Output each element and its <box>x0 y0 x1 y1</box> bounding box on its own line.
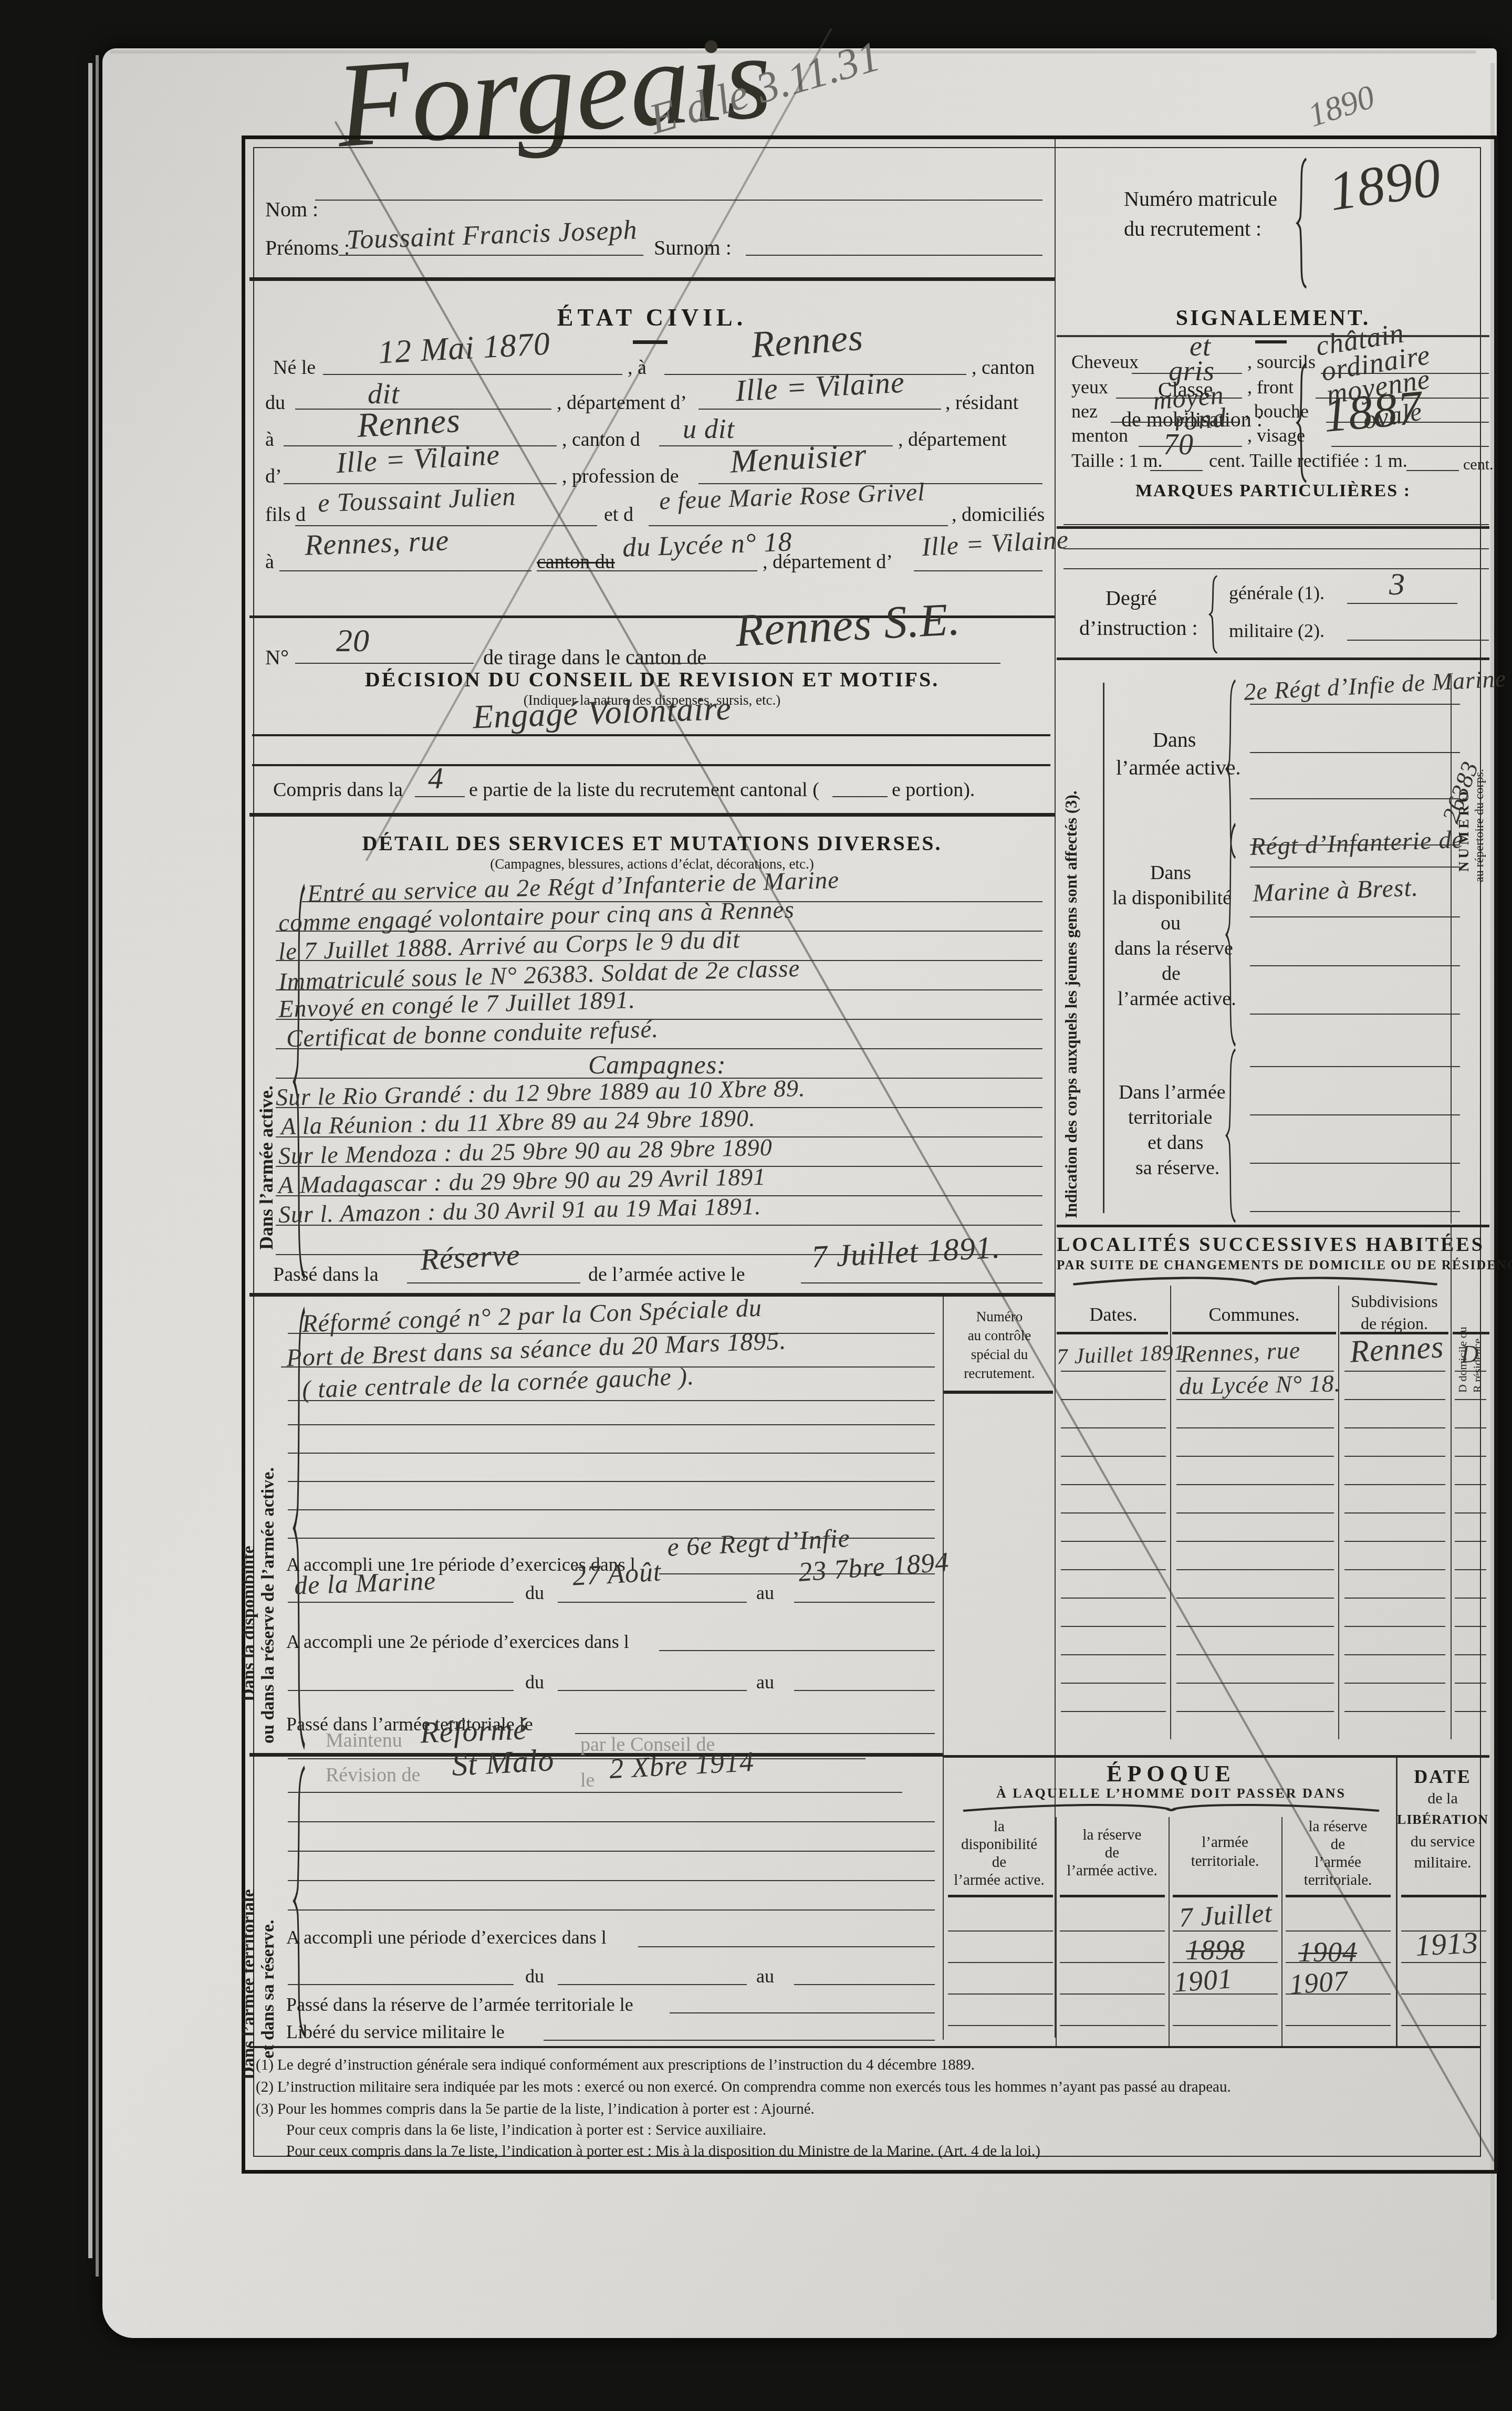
section-rule <box>1057 526 1489 529</box>
visage-label: , visage <box>1247 424 1305 446</box>
epoque-col1-header: disponibilité <box>945 1836 1053 1853</box>
corps-terr-label: Dans l’armée <box>1119 1081 1226 1104</box>
ruled-line <box>288 1690 514 1691</box>
sourcils-label: , sourcils <box>1247 351 1316 373</box>
localite-commune-value: Rennes, rue <box>1180 1336 1301 1368</box>
ruled-line <box>288 1400 935 1401</box>
au-label: au <box>756 1671 774 1693</box>
cent-label: cent. <box>1463 456 1493 474</box>
ruled-line <box>628 663 1000 664</box>
ruled-line <box>558 1984 747 1985</box>
tirage-label: de tirage dans le canton de <box>483 645 706 670</box>
numero-controle-label: au contrôle <box>948 1328 1051 1344</box>
ruled-line <box>659 1650 935 1651</box>
ruled-line <box>1063 548 1489 549</box>
epoque-col1-header: de <box>945 1854 1053 1871</box>
passe-reserve-terr-label: Passé dans la réserve de l’armée territo… <box>286 1993 633 2016</box>
generale-label: générale (1). <box>1229 582 1325 604</box>
table-divider <box>1338 1286 1339 1739</box>
passe-reserve-label-2: de l’armée active le <box>588 1263 745 1286</box>
menton-label: menton <box>1071 424 1128 446</box>
epoque-col-divider <box>1281 1817 1282 2046</box>
ruled-line <box>638 1946 935 1947</box>
ruled-line <box>1347 640 1489 641</box>
ruled-line <box>276 1019 1042 1020</box>
date-header: DATE <box>1396 1766 1489 1788</box>
departement3-label: , département d’ <box>763 550 893 573</box>
epoque-reserve-terr-value-2: 1907 <box>1288 1964 1349 2001</box>
ruled-line <box>698 409 941 410</box>
numero-column-divider <box>1451 675 1452 1224</box>
du-label: du <box>525 1671 544 1693</box>
ruled-line <box>276 1225 1042 1226</box>
ruled-line <box>1063 524 1489 525</box>
col-communes-header: Communes. <box>1170 1303 1338 1325</box>
degre-label-1: Degré <box>1106 586 1157 610</box>
bouche-label: , bouche <box>1245 400 1309 422</box>
label-divider <box>1103 683 1104 1213</box>
ruled-line <box>288 1821 935 1822</box>
compris-value: 4 <box>428 760 444 796</box>
section-rule <box>249 1293 1055 1297</box>
et-de-label: et d <box>604 503 633 526</box>
du-label: du <box>525 1965 544 1987</box>
page-stack-edge <box>88 63 92 2258</box>
header-rule <box>1172 1332 1336 1334</box>
canton2-value: u dit <box>683 414 735 445</box>
corps-dispo-label: la disponibilité <box>1112 886 1232 910</box>
col-dates-header: Dates. <box>1057 1303 1170 1325</box>
ruled-line <box>407 1282 580 1283</box>
ruled-line <box>1250 1114 1460 1115</box>
date-header-4: du service <box>1396 1833 1489 1851</box>
fils-label: fils d <box>265 503 306 526</box>
ruled-line <box>315 200 1042 201</box>
ruled-line <box>276 989 1042 990</box>
epoque-col1-header: l’armée active. <box>945 1872 1053 1889</box>
date-header-5: militaire. <box>1396 1854 1489 1872</box>
du-label: du <box>265 391 285 414</box>
ruled-line <box>1250 1163 1460 1164</box>
ruled-line <box>801 1282 1042 1283</box>
corps-dispo-label: Dans <box>1150 861 1191 884</box>
disponibilite-vertical-label-2: ou dans la réserve de l’armée active. <box>258 1334 278 1744</box>
tirage-no-value: 20 <box>336 622 370 660</box>
localite-commune-value-2: du Lycée N° 18. <box>1179 1369 1341 1400</box>
services-title: DÉTAIL DES SERVICES ET MUTATIONS DIVERSE… <box>249 831 1055 855</box>
table-divider <box>1451 1227 1452 1739</box>
residence-value: Rennes <box>356 401 461 446</box>
localites-title: LOCALITÉS SUCCESSIVES HABITÉES <box>1057 1233 1451 1256</box>
ruled-line <box>252 734 1050 736</box>
passe-reserve-value: Réserve <box>419 1237 521 1277</box>
corps-dispo-label: dans la réserve <box>1114 937 1233 960</box>
revision-stamp-label: Révision de <box>326 1763 420 1787</box>
corps-terr-label: sa réserve. <box>1135 1156 1219 1180</box>
epoque-col4-header: la réserve <box>1284 1818 1392 1835</box>
title-dash <box>1255 340 1287 343</box>
matricule-label-2: du recrutement : <box>1124 216 1261 241</box>
signalement-title: SIGNALEMENT. <box>1057 306 1489 331</box>
ruled-line <box>794 1602 935 1603</box>
libere-label: Libéré du service militaire le <box>286 2021 505 2043</box>
page-stack-edge <box>96 55 99 2277</box>
ruled-line <box>1250 798 1460 799</box>
page-top-edge <box>110 50 1476 54</box>
ruled-line <box>339 255 643 256</box>
a-label: , à <box>628 356 646 379</box>
tirage-no-label: N° <box>265 645 289 670</box>
au-label: au <box>756 1582 774 1604</box>
ruled-line <box>1250 1014 1460 1015</box>
ruled-line <box>794 1984 935 1985</box>
profession-value: Menuisier <box>729 436 868 481</box>
ruled-line <box>832 796 888 797</box>
ruled-line <box>558 1690 747 1691</box>
front-label: , front <box>1247 376 1294 398</box>
ruled-line <box>1250 1211 1460 1212</box>
ruled-line <box>1250 1066 1460 1067</box>
militaire-label: militaire (2). <box>1229 620 1325 642</box>
ruled-line <box>288 1909 935 1911</box>
epoque-col4-header: l’armée <box>1284 1854 1392 1871</box>
ruled-line <box>1250 867 1460 868</box>
territoriale-vertical-label: Dans l’armée territoriale <box>239 1786 259 2080</box>
marques-title: MARQUES PARTICULIÈRES : <box>1057 481 1489 501</box>
indication-corps-vertical-label: Indication des corps auxquels les jeunes… <box>1062 683 1081 1218</box>
epoque-col4-header: de <box>1284 1836 1392 1853</box>
d-label: d’ <box>265 465 282 488</box>
ruled-line <box>670 2012 935 2013</box>
maintenu-stamp-label: Maintenu <box>326 1729 402 1752</box>
ruled-line <box>1347 603 1457 604</box>
section-rule <box>249 277 1055 281</box>
localite-subdivision-value: Rennes <box>1349 1329 1445 1370</box>
passe-reserve-label: Passé dans la <box>273 1263 379 1286</box>
periode2-label: A accompli une 2e période d’exercices da… <box>286 1631 629 1653</box>
ruled-line <box>544 2040 935 2041</box>
a3-label: à <box>265 550 274 573</box>
localite-dr-value: D <box>1461 1340 1479 1368</box>
content-end-rule <box>249 2046 1480 2048</box>
domicile-residence-vertical-label-2: R résidence. <box>1471 1267 1484 1393</box>
localite-date-value: 7 Juillet 1891 <box>1056 1340 1185 1370</box>
compris-label: Compris dans la <box>273 778 403 801</box>
ruled-line <box>279 570 531 571</box>
armee-active-vertical-label: Dans l’armée active. <box>255 956 277 1250</box>
epoque-col3-header: territoriale. <box>1171 1853 1279 1870</box>
ruled-line <box>1406 470 1459 471</box>
ruled-line <box>252 764 1050 766</box>
periode1-corps-value-2: de la Marine <box>294 1565 436 1600</box>
localites-subtitle: PAR SUITE DE CHANGEMENTS DE DOMICILE OU … <box>1057 1258 1451 1273</box>
compris-label-3: e portion). <box>892 778 975 801</box>
box-rule <box>944 1391 1053 1394</box>
numero-controle-label: recrutement. <box>948 1365 1051 1382</box>
periode-terr-label: A accompli une période d’exercices dans … <box>286 1926 607 1948</box>
le-stamp-label: le <box>580 1769 595 1792</box>
epoque-col2-header: la réserve <box>1058 1826 1166 1844</box>
periode1-from-value: 27 Août <box>572 1557 662 1592</box>
ornamental-brace <box>961 1802 1381 1813</box>
ruled-line <box>288 1880 935 1881</box>
ruled-line <box>288 1792 902 1793</box>
title-dash <box>633 340 668 344</box>
ruled-line <box>295 663 474 664</box>
epoque-col-divider <box>1169 1817 1170 2046</box>
territoriale-vertical-label-2: et dans sa réserve. <box>258 1807 278 2059</box>
corps-active-label-1: Dans <box>1153 727 1196 752</box>
section-rule <box>943 1755 1489 1758</box>
epoque-reserve-terr-value-struck: 1904 <box>1298 1936 1357 1968</box>
campagnes-heading: Campagnes: <box>588 1049 726 1080</box>
corps-terr-label: territoriale <box>1128 1106 1212 1129</box>
ruled-line <box>288 1481 935 1482</box>
ruled-line <box>1063 568 1489 569</box>
etat-civil-title: ÉTAT CIVIL. <box>249 304 1055 331</box>
ruled-line <box>537 570 757 571</box>
domicile-value: Rennes, rue <box>304 524 450 562</box>
au-label: au <box>756 1965 774 1987</box>
ruled-line <box>649 525 948 526</box>
corps-dispo-label: ou <box>1161 912 1181 935</box>
surnom-label: Surnom : <box>654 235 732 260</box>
canton2-label: , canton d <box>562 428 640 451</box>
ruled-line <box>794 1690 935 1691</box>
ruled-line <box>288 1453 935 1454</box>
du-label: du <box>525 1582 544 1604</box>
ruled-line <box>558 1602 747 1603</box>
footnote-4: Pour ceux compris dans la 6e liste, l’in… <box>286 2122 766 2139</box>
prenoms-label: Prénoms : <box>265 235 350 260</box>
ruled-line <box>1250 965 1460 966</box>
services-subtitle: (Campagnes, blessures, actions d’éclat, … <box>249 856 1055 872</box>
corps-terr-label: et dans <box>1148 1131 1204 1154</box>
col-subdivisions-header: Subdivisions <box>1338 1292 1451 1311</box>
brace <box>1292 158 1310 289</box>
ruled-line <box>288 1509 935 1510</box>
brace <box>1221 1048 1239 1224</box>
departement-label: , département d’ <box>557 391 687 414</box>
a2-label: à <box>265 428 274 451</box>
corps-dispo-label: l’armée active. <box>1118 987 1236 1010</box>
epoque-territoriale-value-struck: 1898 <box>1186 1934 1245 1966</box>
corps-dispo-label: de <box>1162 962 1181 985</box>
ruled-line <box>415 796 465 797</box>
main-column-divider <box>1055 139 1056 2038</box>
ruled-line <box>914 570 1042 571</box>
ruled-line <box>1150 470 1203 471</box>
canton-label: , canton <box>972 356 1035 379</box>
ruled-line <box>288 1424 935 1425</box>
footnote-1: (1) Le degré d’instruction générale sera… <box>256 2057 975 2074</box>
epoque-col2-header: l’armée active. <box>1058 1862 1166 1880</box>
epoque-col3-header: l’armée <box>1171 1834 1279 1851</box>
ruled-line <box>288 1984 514 1985</box>
header-rule <box>1453 1332 1489 1334</box>
brace <box>1205 575 1220 654</box>
domicile-residence-vertical-label: D domicile ou <box>1456 1267 1469 1393</box>
domicilies-label: , domiciliés <box>952 503 1045 526</box>
section-rule <box>1057 1225 1489 1227</box>
ne-le-label: Né le <box>273 356 316 379</box>
revision-place-value: St Malo <box>451 1742 555 1783</box>
taille-value: 70 <box>1163 428 1194 462</box>
epoque-col4-header: territoriale. <box>1284 1872 1392 1889</box>
date-header-3: LIBÉRATION <box>1396 1812 1489 1828</box>
numero-controle-label: spécial du <box>948 1347 1051 1363</box>
brace <box>1221 822 1239 1048</box>
footnote-3: (3) Pour les hommes compris dans la 5e p… <box>256 2101 815 2118</box>
section-rule <box>1057 335 1489 337</box>
matricule-label-1: Numéro matricule <box>1124 186 1277 211</box>
scanned-register-page: Forgeais E d le 3.11.31 1890 Nom : Préno… <box>0 0 1512 2411</box>
birth-place-value: Rennes <box>749 316 864 367</box>
ruled-line <box>288 1851 935 1852</box>
disponibilite-vertical-label: Dans la disponibilité <box>239 1376 259 1702</box>
epoque-title: ÉPOQUE <box>945 1760 1397 1787</box>
epoque-col2-header: de <box>1058 1844 1166 1862</box>
inner-column-divider <box>943 1297 944 2040</box>
epoque-subtitle: À LAQUELLE L’HOMME DOIT PASSER DANS <box>945 1786 1397 1801</box>
ornamental-brace <box>1071 1275 1439 1287</box>
taille-label: Taille : 1 m. <box>1071 450 1162 472</box>
epoque-territoriale-value: 7 Juillet <box>1179 1897 1274 1933</box>
ruled-line <box>1250 752 1460 753</box>
ruled-line <box>1250 704 1460 705</box>
nom-label: Nom : <box>265 197 318 222</box>
cheveux-label: Cheveux <box>1071 351 1139 373</box>
numero-controle-label: Numéro <box>948 1309 1051 1325</box>
residant-label: , résidant <box>945 391 1018 414</box>
section-rule <box>1057 657 1489 660</box>
epoque-col-divider <box>1056 1817 1057 2046</box>
footnote-5: Pour ceux compris dans la 7e liste, l’in… <box>286 2143 1040 2160</box>
section-rule <box>249 813 1055 817</box>
ruled-line <box>1250 916 1460 917</box>
ruled-line <box>746 255 1042 256</box>
decision-title: DÉCISION DU CONSEIL DE REVISION ET MOTIF… <box>249 667 1055 692</box>
generale-value: 3 <box>1389 566 1405 602</box>
ruled-line <box>323 374 622 375</box>
compris-label-2: e partie de la liste du recrutement cant… <box>469 778 819 801</box>
yeux-label: yeux <box>1071 376 1108 398</box>
header-rule <box>1057 1332 1168 1334</box>
profession-label: , profession de <box>562 465 679 488</box>
departement2-label: , département <box>898 428 1007 451</box>
date-header-2: de la <box>1396 1790 1489 1808</box>
footnote-2: (2) L’instruction militaire sera indiqué… <box>256 2079 1231 2096</box>
ruled-line <box>288 1602 514 1603</box>
degre-label-2: d’instruction : <box>1079 615 1198 640</box>
nez-label: nez <box>1071 400 1098 422</box>
epoque-col1-header: la <box>945 1818 1053 1835</box>
corps-dispo-value-2: Marine à Brest. <box>1252 873 1419 908</box>
ruled-line <box>1331 446 1489 447</box>
taille-rectifiee-label: cent. Taille rectifiée : 1 m. <box>1209 450 1407 472</box>
ruled-line <box>288 1758 866 1759</box>
